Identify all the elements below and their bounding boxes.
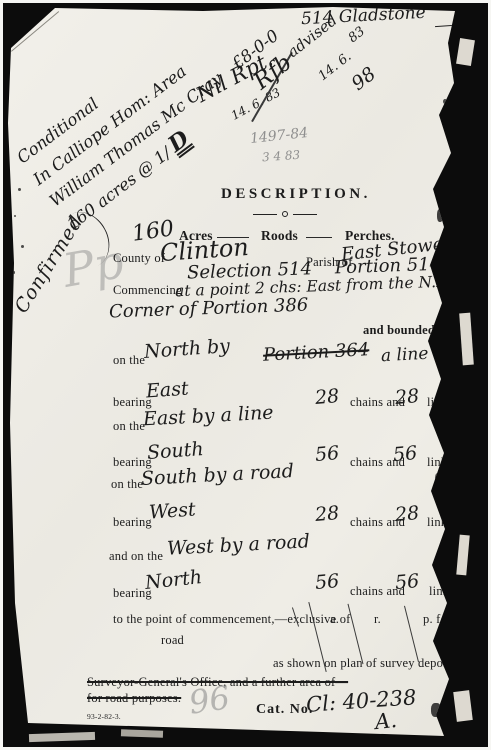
torn-edge-fragment [456, 38, 475, 66]
bounded-label: and bounded thence [363, 323, 474, 338]
acres-blank-label: a. [330, 612, 339, 627]
row5-chains-value: 28 [314, 502, 340, 526]
row5-value: West [148, 498, 196, 523]
pencil-docket-2: 3 4 83 [262, 148, 301, 165]
row6-value: West by a road [167, 530, 311, 559]
title-divider [253, 211, 317, 217]
row3-links-label: links [427, 455, 452, 470]
advised-monogram: 98 [347, 63, 380, 95]
row0-prefix: on the [113, 353, 145, 368]
row3-value: South [146, 438, 204, 464]
county-label: County of [113, 251, 165, 266]
corner-fold [11, 11, 59, 52]
row0-value: North by [143, 335, 230, 363]
row3-chains-value: 56 [314, 442, 340, 466]
road-word: road [161, 633, 184, 648]
roods-perches-dash [306, 237, 332, 238]
torn-edge-fragment [121, 729, 163, 737]
pencil-initials-bottom: 96 [187, 678, 233, 721]
torn-edge-fragment [453, 690, 473, 722]
row5-links-label: links [427, 515, 452, 530]
strike-slash-3 [404, 606, 419, 663]
document-paper: 514 Gladstone Conditional In Calliope Ho… [3, 3, 488, 747]
row2-prefix: on the [113, 419, 145, 434]
pencil-docket-1: 1497-84 [249, 125, 309, 147]
row4-value: South by a road [141, 460, 295, 490]
row6-prefix: and on the [109, 549, 163, 564]
commencing-label: Commencing [113, 283, 182, 298]
row7-value: North [144, 566, 203, 594]
row5-prefix: bearing [113, 515, 152, 530]
row4-prefix: on the [111, 477, 143, 492]
commencing-value-2: Corner of Portion 386 [109, 295, 309, 323]
row5-links-value: 28 [394, 502, 420, 526]
docket-top-right-flourish [435, 24, 469, 27]
row7-links-value: 56 [394, 570, 420, 594]
row0-after: a line [381, 344, 429, 366]
torn-edge-fragment [456, 535, 469, 576]
advised-year: 83 [346, 24, 368, 46]
torn-edge-fragment [29, 732, 95, 742]
row7-chains-value: 56 [314, 570, 340, 594]
cat-no-suffix: A. [374, 708, 398, 734]
row2-value: East by a line [143, 402, 275, 431]
row1-chains-value: 28 [314, 385, 340, 409]
form-number: 93-2-82-3. [87, 712, 121, 721]
row1-value: East [145, 378, 189, 403]
form-title: DESCRIPTION. [221, 186, 371, 203]
row1-links-value: 28 [394, 385, 420, 409]
roods-label: Roods [261, 228, 298, 244]
plan-line: as shown on plan of survey deposited in … [273, 656, 488, 671]
perches-blank-label: p. for a [423, 612, 460, 627]
torn-edge-fragment [459, 313, 474, 366]
struck-line-2: for road purposes. [87, 691, 181, 706]
roods-blank-label: r. [374, 612, 381, 627]
row7-links-label: links [429, 584, 454, 599]
row1-links-label: links [427, 395, 452, 410]
cat-no-label: Cat. No. [256, 702, 313, 718]
row0-struck: Portion 364 [263, 339, 370, 366]
photo-frame: 514 Gladstone Conditional In Calliope Ho… [3, 3, 488, 747]
row3-links-value: 56 [392, 442, 418, 466]
